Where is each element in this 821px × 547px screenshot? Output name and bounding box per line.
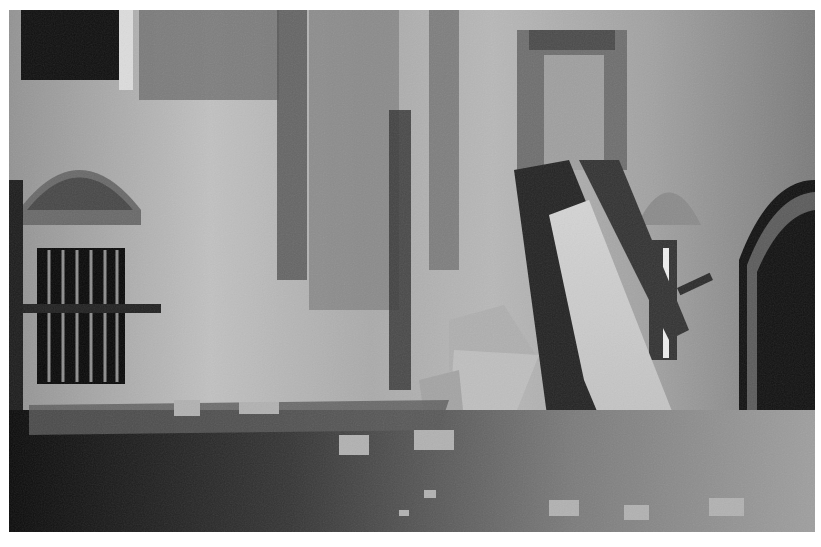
photo-scene (9, 10, 815, 532)
photograph-ruined-interior: Black-and-white photograph of a ruined b… (9, 10, 815, 532)
